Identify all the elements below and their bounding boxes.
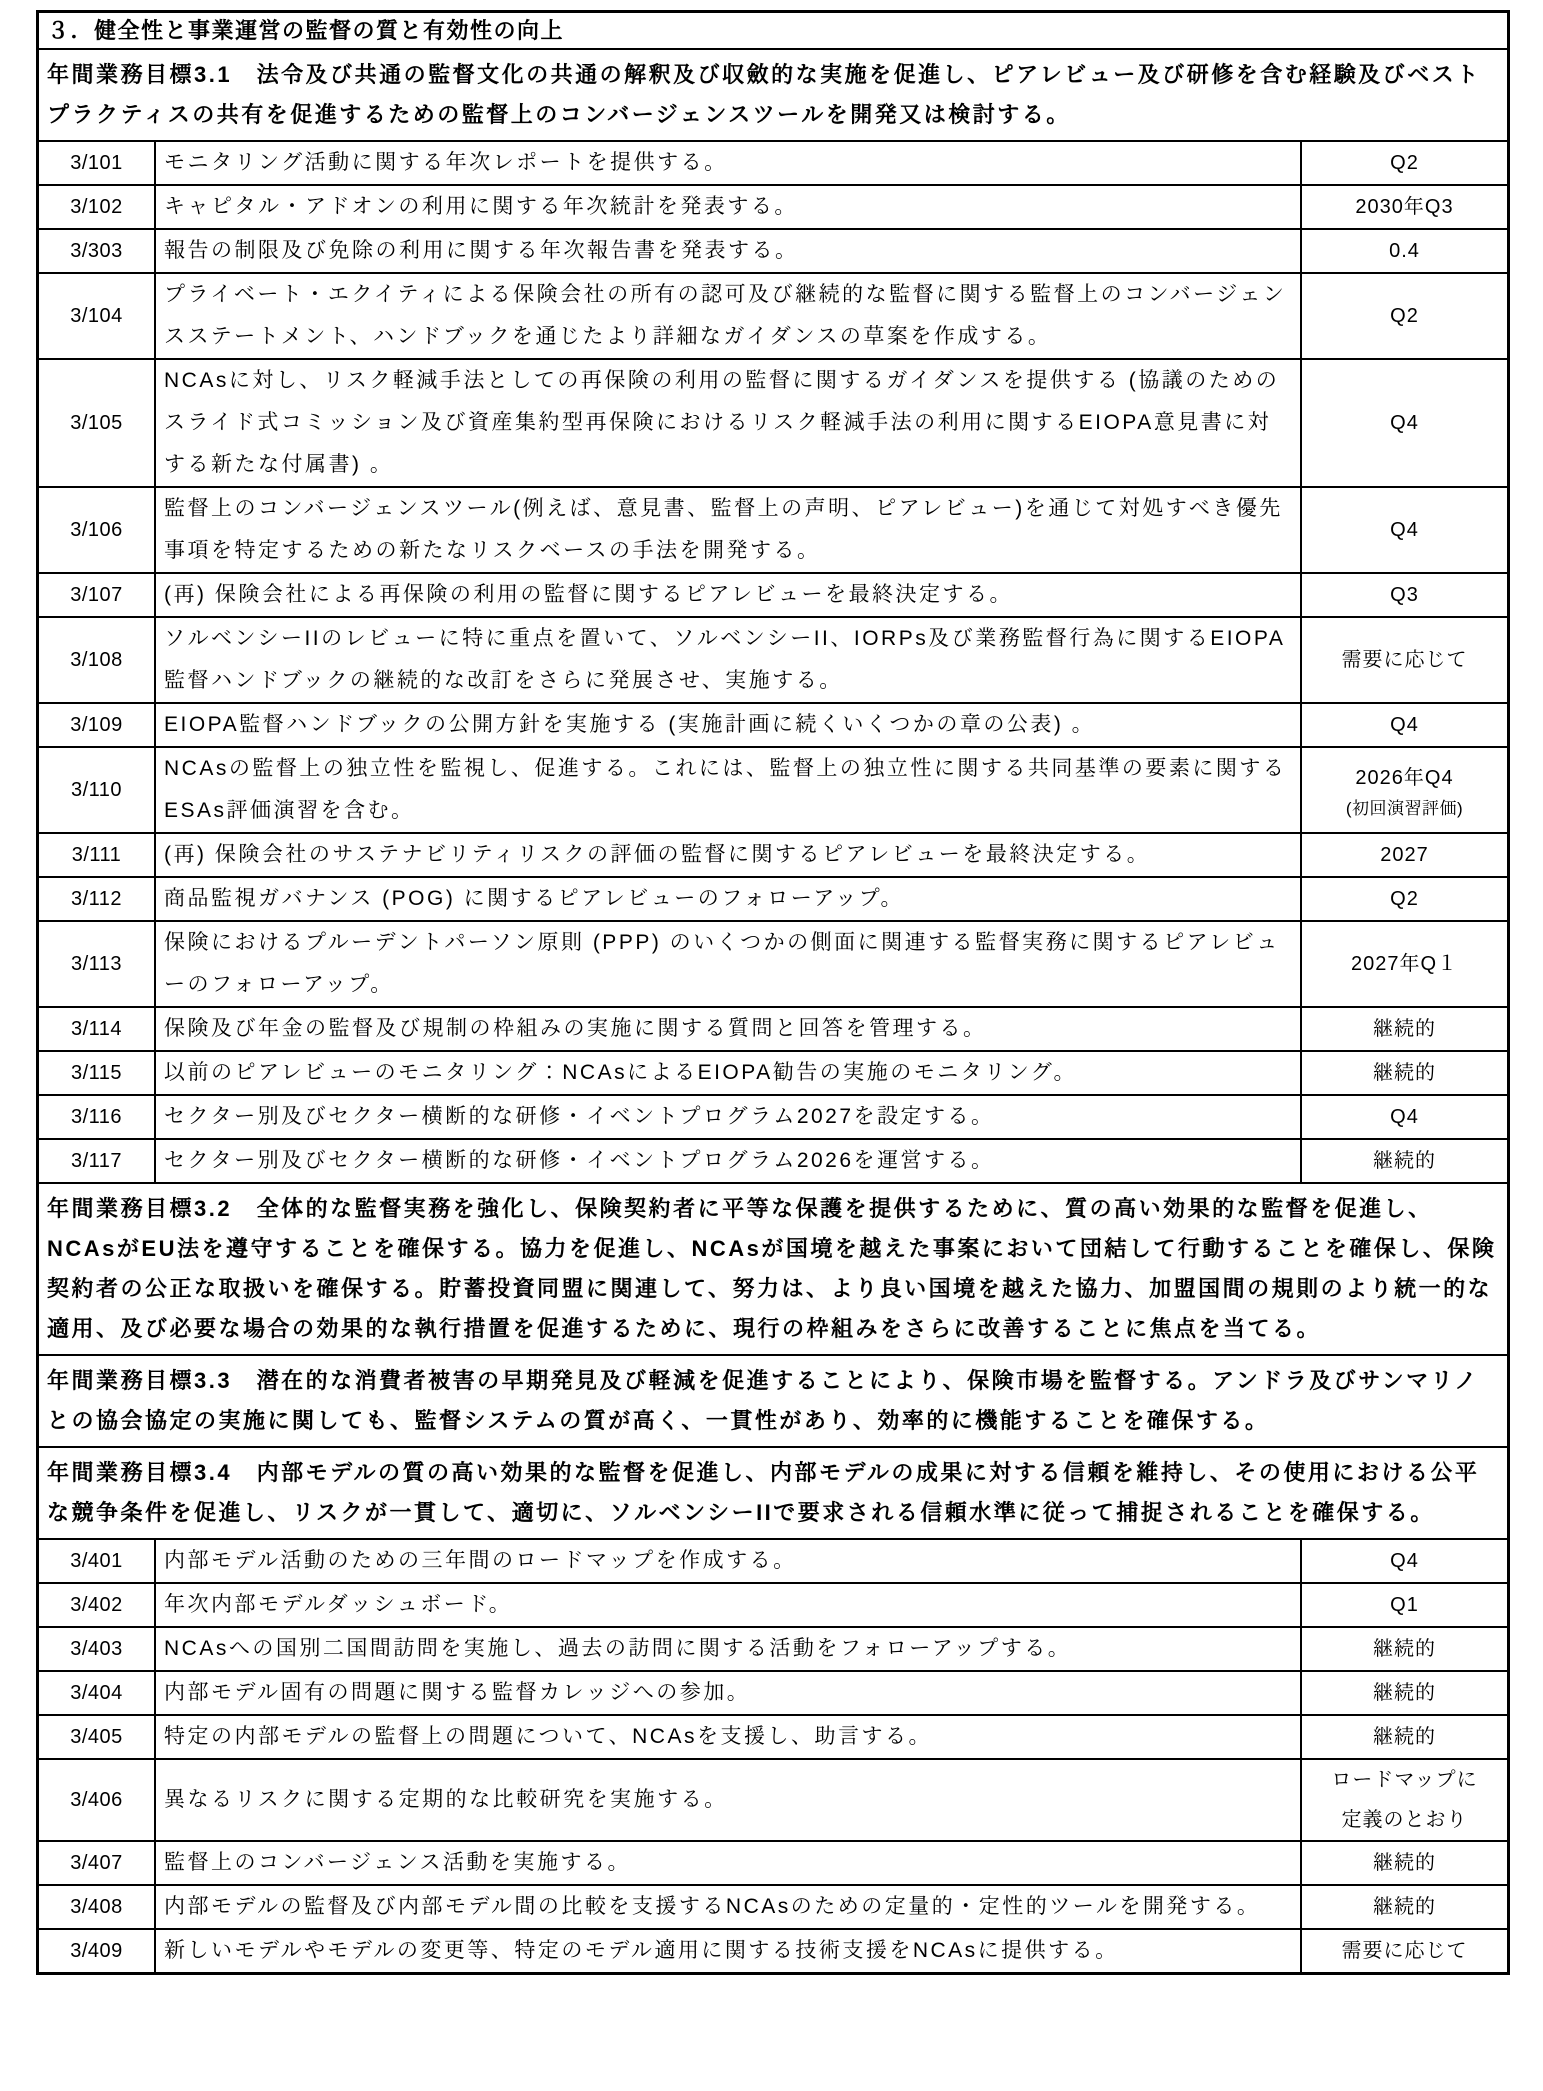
row-deadline-cell: 継続的 [1302,1052,1507,1094]
deadline-text-line2: 定義のとおり [1342,1800,1468,1840]
deadline-text: 2027年Q１ [1351,944,1458,984]
row-deadline-cell: 2026年Q4(初回演習評価) [1302,748,1507,832]
table-row: 3/112商品監視ガバナンス (POG) に関するピアレビューのフォローアップ。… [39,878,1507,922]
row-task-cell: モニタリング活動に関する年次レポートを提供する。 [156,142,1302,184]
deadline-text: 継続的 [1373,1141,1436,1181]
row-deadline-cell: Q4 [1302,1540,1507,1582]
row-id-cell: 3/403 [39,1628,156,1670]
deadline-text: 需要に応じて [1342,1931,1468,1971]
row-deadline-cell: Q4 [1302,1096,1507,1138]
row-id-cell: 3/404 [39,1672,156,1714]
row-task-cell: 監督上のコンバージェンス活動を実施する。 [156,1842,1302,1884]
row-deadline-cell: 2027年Q１ [1302,922,1507,1006]
deadline-note: (初回演習評価) [1346,796,1463,822]
work-programme-table: ３．健全性と事業運営の監督の質と有効性の向上 年間業務目標3.1 法令及び共通の… [36,10,1510,1975]
table-row: 3/402年次内部モデルダッシュボード。Q1 [39,1584,1507,1628]
deadline-text: 0.4 [1389,231,1420,271]
table-row: 3/401内部モデル活動のための三年間のロードマップを作成する。Q4 [39,1540,1507,1584]
row-id-cell: 3/117 [39,1140,156,1182]
row-deadline-cell: Q2 [1302,274,1507,358]
row-deadline-cell: Q3 [1302,574,1507,616]
table-row: 3/115以前のピアレビューのモニタリング：NCAsによるEIOPA勧告の実施の… [39,1052,1507,1096]
row-task-cell: 保険におけるプルーデントパーソン原則 (PPP) のいくつかの側面に関連する監督… [156,922,1302,1006]
table-row: 3/109EIOPA監督ハンドブックの公開方針を実施する (実施計画に続くいくつ… [39,704,1507,748]
page-title: ３．健全性と事業運営の監督の質と有効性の向上 [39,13,1507,50]
deadline-text: Q4 [1390,403,1419,443]
row-deadline-cell: 継続的 [1302,1672,1507,1714]
table-row: 3/114保険及び年金の監督及び規制の枠組みの実施に関する質問と回答を管理する。… [39,1008,1507,1052]
row-task-cell: (再) 保険会社による再保険の利用の監督に関するピアレビューを最終決定する。 [156,574,1302,616]
deadline-text: 継続的 [1373,1717,1436,1757]
table-row: 3/409新しいモデルやモデルの変更等、特定のモデル適用に関する技術支援をNCA… [39,1930,1507,1972]
row-id-cell: 3/113 [39,922,156,1006]
deadline-text: ロードマップに [1331,1760,1477,1800]
deadline-text: Q4 [1390,510,1419,550]
deadline-text: Q3 [1390,575,1419,615]
row-id-cell: 3/303 [39,230,156,272]
row-task-cell: セクター別及びセクター横断的な研修・イベントプログラム2026を運営する。 [156,1140,1302,1182]
deadline-text: 継続的 [1373,1009,1436,1049]
row-task-cell: 内部モデルの監督及び内部モデル間の比較を支援するNCAsのための定量的・定性的ツ… [156,1886,1302,1928]
row-deadline-cell: Q4 [1302,704,1507,746]
deadline-text: 継続的 [1373,1629,1436,1669]
table-row: 3/104プライベート・エクイティによる保険会社の所有の認可及び継続的な監督に関… [39,274,1507,360]
row-task-cell: キャピタル・アドオンの利用に関する年次統計を発表する。 [156,186,1302,228]
row-deadline-cell: 0.4 [1302,230,1507,272]
row-deadline-cell: Q1 [1302,1584,1507,1626]
row-id-cell: 3/112 [39,878,156,920]
deadline-text: Q1 [1390,1585,1419,1625]
row-task-cell: 報告の制限及び免除の利用に関する年次報告書を発表する。 [156,230,1302,272]
deadline-text: 2026年Q4 [1355,758,1453,798]
row-task-cell: プライベート・エクイティによる保険会社の所有の認可及び継続的な監督に関する監督上… [156,274,1302,358]
deadline-text: 継続的 [1373,1053,1436,1093]
row-deadline-cell: 2030年Q3 [1302,186,1507,228]
row-task-cell: ソルベンシーIIのレビューに特に重点を置いて、ソルベンシーII、IORPs及び業… [156,618,1302,702]
table-row: 3/102キャピタル・アドオンの利用に関する年次統計を発表する。2030年Q3 [39,186,1507,230]
row-task-cell: 年次内部モデルダッシュボード。 [156,1584,1302,1626]
table-row: 3/107(再) 保険会社による再保険の利用の監督に関するピアレビューを最終決定… [39,574,1507,618]
section-header-3-3: 年間業務目標3.3 潜在的な消費者被害の早期発見及び軽減を促進することにより、保… [39,1356,1507,1448]
row-id-cell: 3/116 [39,1096,156,1138]
row-id-cell: 3/104 [39,274,156,358]
row-deadline-cell: 継続的 [1302,1628,1507,1670]
row-id-cell: 3/101 [39,142,156,184]
row-id-cell: 3/110 [39,748,156,832]
deadline-text: Q2 [1390,143,1419,183]
table-row: 3/101モニタリング活動に関する年次レポートを提供する。Q2 [39,142,1507,186]
deadline-text: 2027 [1380,835,1429,875]
row-id-cell: 3/105 [39,360,156,486]
row-deadline-cell: 継続的 [1302,1886,1507,1928]
row-task-cell: (再) 保険会社のサステナビリティリスクの評価の監督に関するピアレビューを最終決… [156,834,1302,876]
row-id-cell: 3/102 [39,186,156,228]
table-row: 3/117セクター別及びセクター横断的な研修・イベントプログラム2026を運営す… [39,1140,1507,1184]
row-id-cell: 3/408 [39,1886,156,1928]
section-header-3-2: 年間業務目標3.2 全体的な監督実務を強化し、保険契約者に平等な保護を提供するた… [39,1184,1507,1356]
table-row: 3/116セクター別及びセクター横断的な研修・イベントプログラム2027を設定す… [39,1096,1507,1140]
deadline-text: 需要に応じて [1342,640,1468,680]
table-row: 3/406異なるリスクに関する定期的な比較研究を実施する。ロードマップに定義のと… [39,1760,1507,1842]
row-id-cell: 3/108 [39,618,156,702]
table-row: 3/110NCAsの監督上の独立性を監視し、促進する。これには、監督上の独立性に… [39,748,1507,834]
row-deadline-cell: 継続的 [1302,1716,1507,1758]
row-task-cell: 内部モデル活動のための三年間のロードマップを作成する。 [156,1540,1302,1582]
table-row: 3/106監督上のコンバージェンスツール(例えば、意見書、監督上の声明、ピアレビ… [39,488,1507,574]
deadline-text: 継続的 [1373,1673,1436,1713]
row-task-cell: 以前のピアレビューのモニタリング：NCAsによるEIOPA勧告の実施のモニタリン… [156,1052,1302,1094]
row-id-cell: 3/406 [39,1760,156,1840]
section-header-3-1: 年間業務目標3.1 法令及び共通の監督文化の共通の解釈及び収斂的な実施を促進し、… [39,50,1507,142]
deadline-text: 継続的 [1373,1887,1436,1927]
row-task-cell: EIOPA監督ハンドブックの公開方針を実施する (実施計画に続くいくつかの章の公… [156,704,1302,746]
table-row: 3/113保険におけるプルーデントパーソン原則 (PPP) のいくつかの側面に関… [39,922,1507,1008]
row-task-cell: 内部モデル固有の問題に関する監督カレッジへの参加。 [156,1672,1302,1714]
row-task-cell: NCAsへの国別二国間訪問を実施し、過去の訪問に関する活動をフォローアップする。 [156,1628,1302,1670]
row-task-cell: 商品監視ガバナンス (POG) に関するピアレビューのフォローアップ。 [156,878,1302,920]
row-id-cell: 3/405 [39,1716,156,1758]
row-task-cell: セクター別及びセクター横断的な研修・イベントプログラム2027を設定する。 [156,1096,1302,1138]
row-deadline-cell: 継続的 [1302,1140,1507,1182]
row-id-cell: 3/106 [39,488,156,572]
row-id-cell: 3/409 [39,1930,156,1972]
row-id-cell: 3/107 [39,574,156,616]
table-row: 3/405特定の内部モデルの監督上の問題について、NCAsを支援し、助言する。継… [39,1716,1507,1760]
table-row: 3/404内部モデル固有の問題に関する監督カレッジへの参加。継続的 [39,1672,1507,1716]
table-row: 3/408内部モデルの監督及び内部モデル間の比較を支援するNCAsのための定量的… [39,1886,1507,1930]
table-row: 3/105NCAsに対し、リスク軽減手法としての再保険の利用の監督に関するガイダ… [39,360,1507,488]
row-deadline-cell: 継続的 [1302,1008,1507,1050]
row-id-cell: 3/109 [39,704,156,746]
row-id-cell: 3/401 [39,1540,156,1582]
row-deadline-cell: 需要に応じて [1302,1930,1507,1972]
section-header-3-4: 年間業務目標3.4 内部モデルの質の高い効果的な監督を促進し、内部モデルの成果に… [39,1448,1507,1540]
row-deadline-cell: Q4 [1302,488,1507,572]
deadline-text: Q2 [1390,296,1419,336]
table-row: 3/108ソルベンシーIIのレビューに特に重点を置いて、ソルベンシーII、IOR… [39,618,1507,704]
row-task-cell: NCAsの監督上の独立性を監視し、促進する。これには、監督上の独立性に関する共同… [156,748,1302,832]
row-task-cell: 保険及び年金の監督及び規制の枠組みの実施に関する質問と回答を管理する。 [156,1008,1302,1050]
row-deadline-cell: 継続的 [1302,1842,1507,1884]
deadline-text: Q4 [1390,1097,1419,1137]
deadline-text: 継続的 [1373,1843,1436,1883]
document-page: ３．健全性と事業運営の監督の質と有効性の向上 年間業務目標3.1 法令及び共通の… [0,0,1543,2091]
row-id-cell: 3/114 [39,1008,156,1050]
table-row: 3/407監督上のコンバージェンス活動を実施する。継続的 [39,1842,1507,1886]
row-task-cell: 新しいモデルやモデルの変更等、特定のモデル適用に関する技術支援をNCAsに提供す… [156,1930,1302,1972]
deadline-text: Q2 [1390,879,1419,919]
deadline-text: Q4 [1390,705,1419,745]
row-task-cell: 特定の内部モデルの監督上の問題について、NCAsを支援し、助言する。 [156,1716,1302,1758]
table-row: 3/403NCAsへの国別二国間訪問を実施し、過去の訪問に関する活動をフォローア… [39,1628,1507,1672]
row-deadline-cell: Q4 [1302,360,1507,486]
table-row: 3/303報告の制限及び免除の利用に関する年次報告書を発表する。0.4 [39,230,1507,274]
row-deadline-cell: 需要に応じて [1302,618,1507,702]
row-task-cell: 異なるリスクに関する定期的な比較研究を実施する。 [156,1760,1302,1840]
row-id-cell: 3/111 [39,834,156,876]
table-row: 3/111(再) 保険会社のサステナビリティリスクの評価の監督に関するピアレビュ… [39,834,1507,878]
row-id-cell: 3/407 [39,1842,156,1884]
row-id-cell: 3/402 [39,1584,156,1626]
row-task-cell: 監督上のコンバージェンスツール(例えば、意見書、監督上の声明、ピアレビュー)を通… [156,488,1302,572]
row-id-cell: 3/115 [39,1052,156,1094]
row-task-cell: NCAsに対し、リスク軽減手法としての再保険の利用の監督に関するガイダンスを提供… [156,360,1302,486]
row-deadline-cell: Q2 [1302,878,1507,920]
row-deadline-cell: Q2 [1302,142,1507,184]
row-deadline-cell: 2027 [1302,834,1507,876]
row-deadline-cell: ロードマップに定義のとおり [1302,1760,1507,1840]
deadline-text: 2030年Q3 [1355,187,1453,227]
deadline-text: Q4 [1390,1541,1419,1581]
